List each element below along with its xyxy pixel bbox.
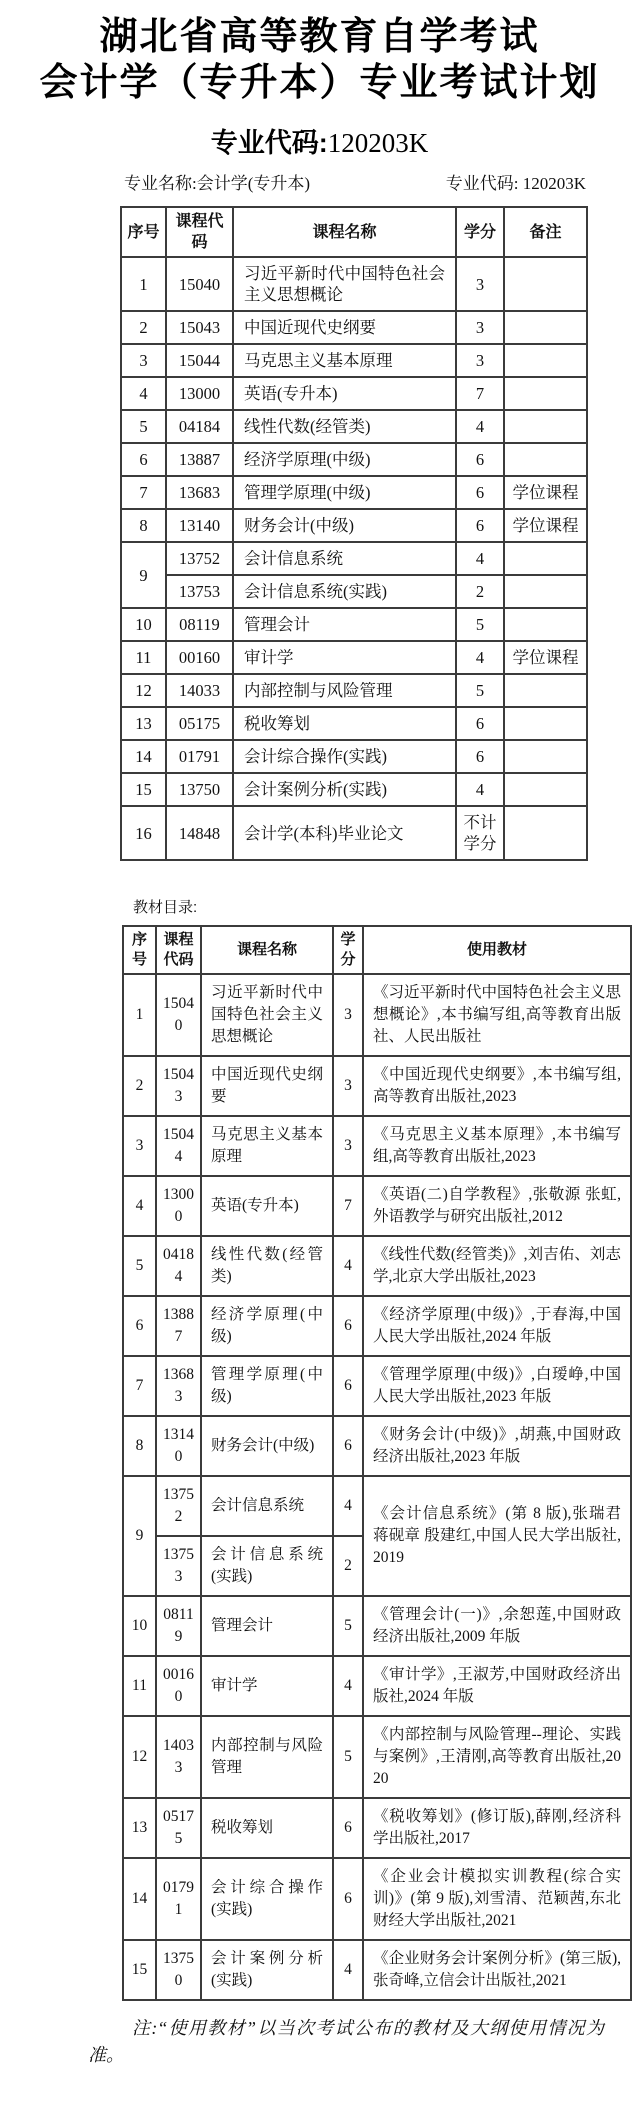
cell-note xyxy=(504,773,587,806)
cell-name: 管理会计 xyxy=(233,608,456,641)
table-row: 12 14033 内部控制与风险管理 5 xyxy=(121,674,587,707)
cell-name: 管理会计 xyxy=(201,1596,333,1656)
table-header-row: 序号 课程代码 课程名称 学分 使用教材 xyxy=(123,926,631,974)
cell-name: 财务会计(中级) xyxy=(233,509,456,542)
cell-textbook: 《习近平新时代中国特色社会主义思想概论》,本书编写组,高等教育出版社、人民出版社 xyxy=(363,974,631,1056)
cell-name: 管理学原理(中级) xyxy=(201,1356,333,1416)
cell-textbook: 《管理会计(一)》,余恕莲,中国财政经济出版社,2009 年版 xyxy=(363,1596,631,1656)
header-remark: 备注 xyxy=(504,207,587,257)
table-row: 3 15044 马克思主义基本原理 3 《马克思主义基本原理》,本书编写组,高等… xyxy=(123,1116,631,1176)
major-code-heading: 专业代码:120203K xyxy=(0,128,639,158)
cell-seq: 10 xyxy=(121,608,166,641)
cell-credit: 3 xyxy=(456,344,504,377)
cell-textbook: 《内部控制与风险管理--理论、实践与案例》,王清刚,高等教育出版社,2020 xyxy=(363,1716,631,1798)
major-info-line: 专业名称:会计学(专升本) 专业代码: 120203K xyxy=(124,174,586,194)
cell-credit: 5 xyxy=(456,608,504,641)
cell-note xyxy=(504,377,587,410)
table-row: 4 13000 英语(专升本) 7 xyxy=(121,377,587,410)
cell-note xyxy=(504,608,587,641)
cell-credit: 6 xyxy=(456,707,504,740)
header-textbook: 使用教材 xyxy=(363,926,631,974)
cell-credit: 6 xyxy=(333,1296,363,1356)
table-row: 4 13000 英语(专升本) 7 《英语(二)自学教程》,张敬源 张虹,外语教… xyxy=(123,1176,631,1236)
header-course-name: 课程名称 xyxy=(233,207,456,257)
cell-credit: 3 xyxy=(456,311,504,344)
cell-code: 14033 xyxy=(156,1716,201,1798)
cell-name: 审计学 xyxy=(201,1656,333,1716)
cell-seq: 12 xyxy=(123,1716,156,1798)
cell-name: 审计学 xyxy=(233,641,456,674)
cell-textbook: 《财务会计(中级)》,胡燕,中国财政经济出版社,2023 年版 xyxy=(363,1416,631,1476)
cell-seq: 12 xyxy=(121,674,166,707)
cell-seq: 7 xyxy=(123,1356,156,1416)
cell-name: 经济学原理(中级) xyxy=(201,1296,333,1356)
cell-seq: 13 xyxy=(123,1798,156,1858)
cell-credit: 4 xyxy=(333,1656,363,1716)
table-row: 8 13140 财务会计(中级) 6 《财务会计(中级)》,胡燕,中国财政经济出… xyxy=(123,1416,631,1476)
major-code-heading-value: 120203K xyxy=(328,128,429,158)
cell-credit: 6 xyxy=(333,1858,363,1940)
cell-credit: 5 xyxy=(333,1596,363,1656)
cell-seq: 9 xyxy=(121,542,166,608)
cell-seq: 10 xyxy=(123,1596,156,1656)
cell-code: 15040 xyxy=(166,257,233,311)
cell-textbook: 《经济学原理(中级)》,于春海,中国人民大学出版社,2024 年版 xyxy=(363,1296,631,1356)
cell-seq: 13 xyxy=(121,707,166,740)
cell-code: 01791 xyxy=(166,740,233,773)
table-row: 5 04184 线性代数(经管类) 4 《线性代数(经管类)》,刘吉佑、刘志学,… xyxy=(123,1236,631,1296)
cell-credit: 4 xyxy=(456,641,504,674)
cell-note xyxy=(504,344,587,377)
cell-seq: 5 xyxy=(121,410,166,443)
cell-code: 13752 xyxy=(156,1476,201,1536)
cell-name: 管理学原理(中级) xyxy=(233,476,456,509)
table-header-row: 序号 课程代码 课程名称 学分 备注 xyxy=(121,207,587,257)
cell-seq: 1 xyxy=(121,257,166,311)
table-row: 1 15040 习近平新时代中国特色社会主义思想概论 3 《习近平新时代中国特色… xyxy=(123,974,631,1056)
cell-seq: 4 xyxy=(121,377,166,410)
cell-name: 会计案例分析(实践) xyxy=(201,1940,333,2000)
cell-credit: 6 xyxy=(333,1416,363,1476)
cell-note: 学位课程 xyxy=(504,509,587,542)
cell-textbook: 《税收筹划》(修订版),薛刚,经济科学出版社,2017 xyxy=(363,1798,631,1858)
table-row: 3 15044 马克思主义基本原理 3 xyxy=(121,344,587,377)
cell-name: 会计综合操作(实践) xyxy=(201,1858,333,1940)
cell-credit: 6 xyxy=(456,740,504,773)
document-page: 湖北省高等教育自学考试 会计学（专升本）专业考试计划 专业代码:120203K … xyxy=(0,0,639,2109)
cell-code: 13753 xyxy=(166,575,233,608)
cell-note xyxy=(504,806,587,860)
cell-seq: 8 xyxy=(121,509,166,542)
table-row: 14 01791 会计综合操作(实践) 6 《企业会计模拟实训教程(综合实训)》… xyxy=(123,1858,631,1940)
cell-code: 14033 xyxy=(166,674,233,707)
cell-code: 00160 xyxy=(166,641,233,674)
cell-name: 英语(专升本) xyxy=(201,1176,333,1236)
cell-credit: 7 xyxy=(456,377,504,410)
header-credit: 学分 xyxy=(456,207,504,257)
cell-note xyxy=(504,311,587,344)
cell-textbook: 《马克思主义基本原理》,本书编写组,高等教育出版社,2023 xyxy=(363,1116,631,1176)
cell-seq: 2 xyxy=(123,1056,156,1116)
cell-name: 会计信息系统(实践) xyxy=(201,1536,333,1596)
cell-note xyxy=(504,674,587,707)
cell-name: 会计信息系统(实践) xyxy=(233,575,456,608)
cell-seq: 2 xyxy=(121,311,166,344)
table-row: 10 08119 管理会计 5 xyxy=(121,608,587,641)
cell-textbook: 《中国近现代史纲要》,本书编写组,高等教育出版社,2023 xyxy=(363,1056,631,1116)
cell-code: 04184 xyxy=(156,1236,201,1296)
cell-credit: 7 xyxy=(333,1176,363,1236)
table-row: 14 01791 会计综合操作(实践) 6 xyxy=(121,740,587,773)
cell-credit: 4 xyxy=(333,1940,363,2000)
cell-name: 会计综合操作(实践) xyxy=(233,740,456,773)
major-name-text: 专业名称:会计学(专升本) xyxy=(124,174,310,194)
cell-credit: 6 xyxy=(333,1356,363,1416)
cell-note xyxy=(504,410,587,443)
cell-code: 13683 xyxy=(166,476,233,509)
cell-name: 会计信息系统 xyxy=(201,1476,333,1536)
major-code-heading-label: 专业代码: xyxy=(211,128,328,158)
cell-name: 英语(专升本) xyxy=(233,377,456,410)
cell-credit: 不计学分 xyxy=(456,806,504,860)
cell-code: 13683 xyxy=(156,1356,201,1416)
cell-credit: 4 xyxy=(456,542,504,575)
cell-seq: 15 xyxy=(121,773,166,806)
cell-note xyxy=(504,707,587,740)
cell-code: 01791 xyxy=(156,1858,201,1940)
table-row: 7 13683 管理学原理(中级) 6 《管理学原理(中级)》,白瑷峥,中国人民… xyxy=(123,1356,631,1416)
cell-code: 05175 xyxy=(156,1798,201,1858)
cell-code: 13753 xyxy=(156,1536,201,1596)
textbook-catalog-label: 教材目录: xyxy=(133,899,639,917)
table-row: 10 08119 管理会计 5 《管理会计(一)》,余恕莲,中国财政经济出版社,… xyxy=(123,1596,631,1656)
table-row: 13753 会计信息系统(实践) 2 xyxy=(121,575,587,608)
cell-textbook: 《会计信息系统》(第 8 版),张瑞君 蒋砚章 殷建红,中国人民大学出版社,20… xyxy=(363,1476,631,1596)
cell-credit: 5 xyxy=(333,1716,363,1798)
cell-name: 会计信息系统 xyxy=(233,542,456,575)
cell-note: 学位课程 xyxy=(504,641,587,674)
cell-credit: 3 xyxy=(333,974,363,1056)
cell-code: 13750 xyxy=(156,1940,201,2000)
cell-seq: 1 xyxy=(123,974,156,1056)
cell-note xyxy=(504,257,587,311)
cell-code: 15043 xyxy=(156,1056,201,1116)
cell-name: 习近平新时代中国特色社会主义思想概论 xyxy=(201,974,333,1056)
cell-textbook: 《审计学》,王淑芳,中国财政经济出版社,2024 年版 xyxy=(363,1656,631,1716)
cell-seq: 8 xyxy=(123,1416,156,1476)
cell-credit: 5 xyxy=(456,674,504,707)
cell-seq: 11 xyxy=(121,641,166,674)
cell-note xyxy=(504,443,587,476)
table-row: 13 05175 税收筹划 6 xyxy=(121,707,587,740)
table-row: 8 13140 财务会计(中级) 6 学位课程 xyxy=(121,509,587,542)
table-row: 2 15043 中国近现代史纲要 3 xyxy=(121,311,587,344)
table-row: 9 13752 会计信息系统 4 xyxy=(121,542,587,575)
table-row: 12 14033 内部控制与风险管理 5 《内部控制与风险管理--理论、实践与案… xyxy=(123,1716,631,1798)
cell-code: 13887 xyxy=(156,1296,201,1356)
cell-seq: 4 xyxy=(123,1176,156,1236)
cell-code: 13140 xyxy=(166,509,233,542)
cell-name: 习近平新时代中国特色社会主义思想概论 xyxy=(233,257,456,311)
cell-name: 财务会计(中级) xyxy=(201,1416,333,1476)
textbook-table: 序号 课程代码 课程名称 学分 使用教材 1 15040 习近平新时代中国特色社… xyxy=(122,925,632,2001)
cell-name: 马克思主义基本原理 xyxy=(201,1116,333,1176)
cell-seq: 9 xyxy=(123,1476,156,1596)
cell-code: 13750 xyxy=(166,773,233,806)
table-row: 9 13752 会计信息系统 4 《会计信息系统》(第 8 版),张瑞君 蒋砚章… xyxy=(123,1476,631,1536)
table-row: 15 13750 会计案例分析(实践) 4 《企业财务会计案例分析》(第三版),… xyxy=(123,1940,631,2000)
cell-seq: 7 xyxy=(121,476,166,509)
cell-credit: 6 xyxy=(456,476,504,509)
table-row: 7 13683 管理学原理(中级) 6 学位课程 xyxy=(121,476,587,509)
cell-code: 13000 xyxy=(166,377,233,410)
cell-textbook: 《企业财务会计案例分析》(第三版),张奇峰,立信会计出版社,2021 xyxy=(363,1940,631,2000)
cell-code: 04184 xyxy=(166,410,233,443)
cell-credit: 6 xyxy=(456,443,504,476)
header-course-name: 课程名称 xyxy=(201,926,333,974)
table-row: 16 14848 会计学(本科)毕业论文 不计学分 xyxy=(121,806,587,860)
cell-name: 中国近现代史纲要 xyxy=(233,311,456,344)
cell-name: 线性代数(经管类) xyxy=(201,1236,333,1296)
cell-credit: 4 xyxy=(333,1476,363,1536)
cell-code: 05175 xyxy=(166,707,233,740)
cell-name: 马克思主义基本原理 xyxy=(233,344,456,377)
cell-code: 08119 xyxy=(156,1596,201,1656)
page-title: 湖北省高等教育自学考试 会计学（专升本）专业考试计划 xyxy=(0,14,639,106)
cell-name: 税收筹划 xyxy=(201,1798,333,1858)
cell-name: 线性代数(经管类) xyxy=(233,410,456,443)
table-row: 11 00160 审计学 4 《审计学》,王淑芳,中国财政经济出版社,2024 … xyxy=(123,1656,631,1716)
cell-credit: 4 xyxy=(456,773,504,806)
table-row: 15 13750 会计案例分析(实践) 4 xyxy=(121,773,587,806)
cell-credit: 6 xyxy=(333,1798,363,1858)
cell-seq: 16 xyxy=(121,806,166,860)
cell-seq: 6 xyxy=(123,1296,156,1356)
cell-code: 13752 xyxy=(166,542,233,575)
table-row: 1 15040 习近平新时代中国特色社会主义思想概论 3 xyxy=(121,257,587,311)
cell-note: 学位课程 xyxy=(504,476,587,509)
cell-seq: 5 xyxy=(123,1236,156,1296)
table-row: 13 05175 税收筹划 6 《税收筹划》(修订版),薛刚,经济科学出版社,2… xyxy=(123,1798,631,1858)
cell-name: 会计案例分析(实践) xyxy=(233,773,456,806)
cell-name: 中国近现代史纲要 xyxy=(201,1056,333,1116)
cell-textbook: 《线性代数(经管类)》,刘吉佑、刘志学,北京大学出版社,2023 xyxy=(363,1236,631,1296)
cell-code: 14848 xyxy=(166,806,233,860)
table-row: 2 15043 中国近现代史纲要 3 《中国近现代史纲要》,本书编写组,高等教育… xyxy=(123,1056,631,1116)
title-line-1: 湖北省高等教育自学考试 xyxy=(0,14,639,60)
cell-seq: 14 xyxy=(121,740,166,773)
cell-code: 13000 xyxy=(156,1176,201,1236)
table-row: 6 13887 经济学原理(中级) 6 《经济学原理(中级)》,于春海,中国人民… xyxy=(123,1296,631,1356)
table-row: 6 13887 经济学原理(中级) 6 xyxy=(121,443,587,476)
cell-seq: 15 xyxy=(123,1940,156,2000)
cell-seq: 11 xyxy=(123,1656,156,1716)
header-course-code: 课程代码 xyxy=(166,207,233,257)
cell-credit: 4 xyxy=(333,1236,363,1296)
cell-name: 经济学原理(中级) xyxy=(233,443,456,476)
cell-credit: 2 xyxy=(456,575,504,608)
cell-code: 15044 xyxy=(156,1116,201,1176)
cell-name: 内部控制与风险管理 xyxy=(233,674,456,707)
cell-code: 13887 xyxy=(166,443,233,476)
cell-credit: 2 xyxy=(333,1536,363,1596)
footnote: 注:“使用教材”以当次考试公布的教材及大纲使用情况为准。 xyxy=(88,2015,604,2069)
cell-code: 13140 xyxy=(156,1416,201,1476)
cell-credit: 6 xyxy=(456,509,504,542)
cell-seq: 6 xyxy=(121,443,166,476)
cell-code: 08119 xyxy=(166,608,233,641)
cell-seq: 3 xyxy=(121,344,166,377)
table-row: 5 04184 线性代数(经管类) 4 xyxy=(121,410,587,443)
cell-textbook: 《企业会计模拟实训教程(综合实训)》(第 9 版),刘雪清、范颖茜,东北财经大学… xyxy=(363,1858,631,1940)
title-line-2: 会计学（专升本）专业考试计划 xyxy=(0,60,639,106)
header-credit: 学分 xyxy=(333,926,363,974)
major-code-text: 专业代码: 120203K xyxy=(446,174,586,194)
cell-credit: 3 xyxy=(333,1116,363,1176)
cell-code: 15040 xyxy=(156,974,201,1056)
cell-code: 00160 xyxy=(156,1656,201,1716)
cell-textbook: 《英语(二)自学教程》,张敬源 张虹,外语教学与研究出版社,2012 xyxy=(363,1176,631,1236)
cell-name: 内部控制与风险管理 xyxy=(201,1716,333,1798)
cell-name: 税收筹划 xyxy=(233,707,456,740)
cell-name: 会计学(本科)毕业论文 xyxy=(233,806,456,860)
exam-plan-table: 序号 课程代码 课程名称 学分 备注 1 15040 习近平新时代中国特色社会主… xyxy=(120,206,588,861)
cell-code: 15043 xyxy=(166,311,233,344)
header-seq: 序号 xyxy=(121,207,166,257)
cell-textbook: 《管理学原理(中级)》,白瑷峥,中国人民大学出版社,2023 年版 xyxy=(363,1356,631,1416)
cell-credit: 3 xyxy=(333,1056,363,1116)
cell-seq: 14 xyxy=(123,1858,156,1940)
cell-seq: 3 xyxy=(123,1116,156,1176)
cell-note xyxy=(504,740,587,773)
cell-credit: 3 xyxy=(456,257,504,311)
cell-credit: 4 xyxy=(456,410,504,443)
header-course-code: 课程代码 xyxy=(156,926,201,974)
cell-note xyxy=(504,542,587,575)
header-seq: 序号 xyxy=(123,926,156,974)
table-row: 11 00160 审计学 4 学位课程 xyxy=(121,641,587,674)
cell-note xyxy=(504,575,587,608)
cell-code: 15044 xyxy=(166,344,233,377)
